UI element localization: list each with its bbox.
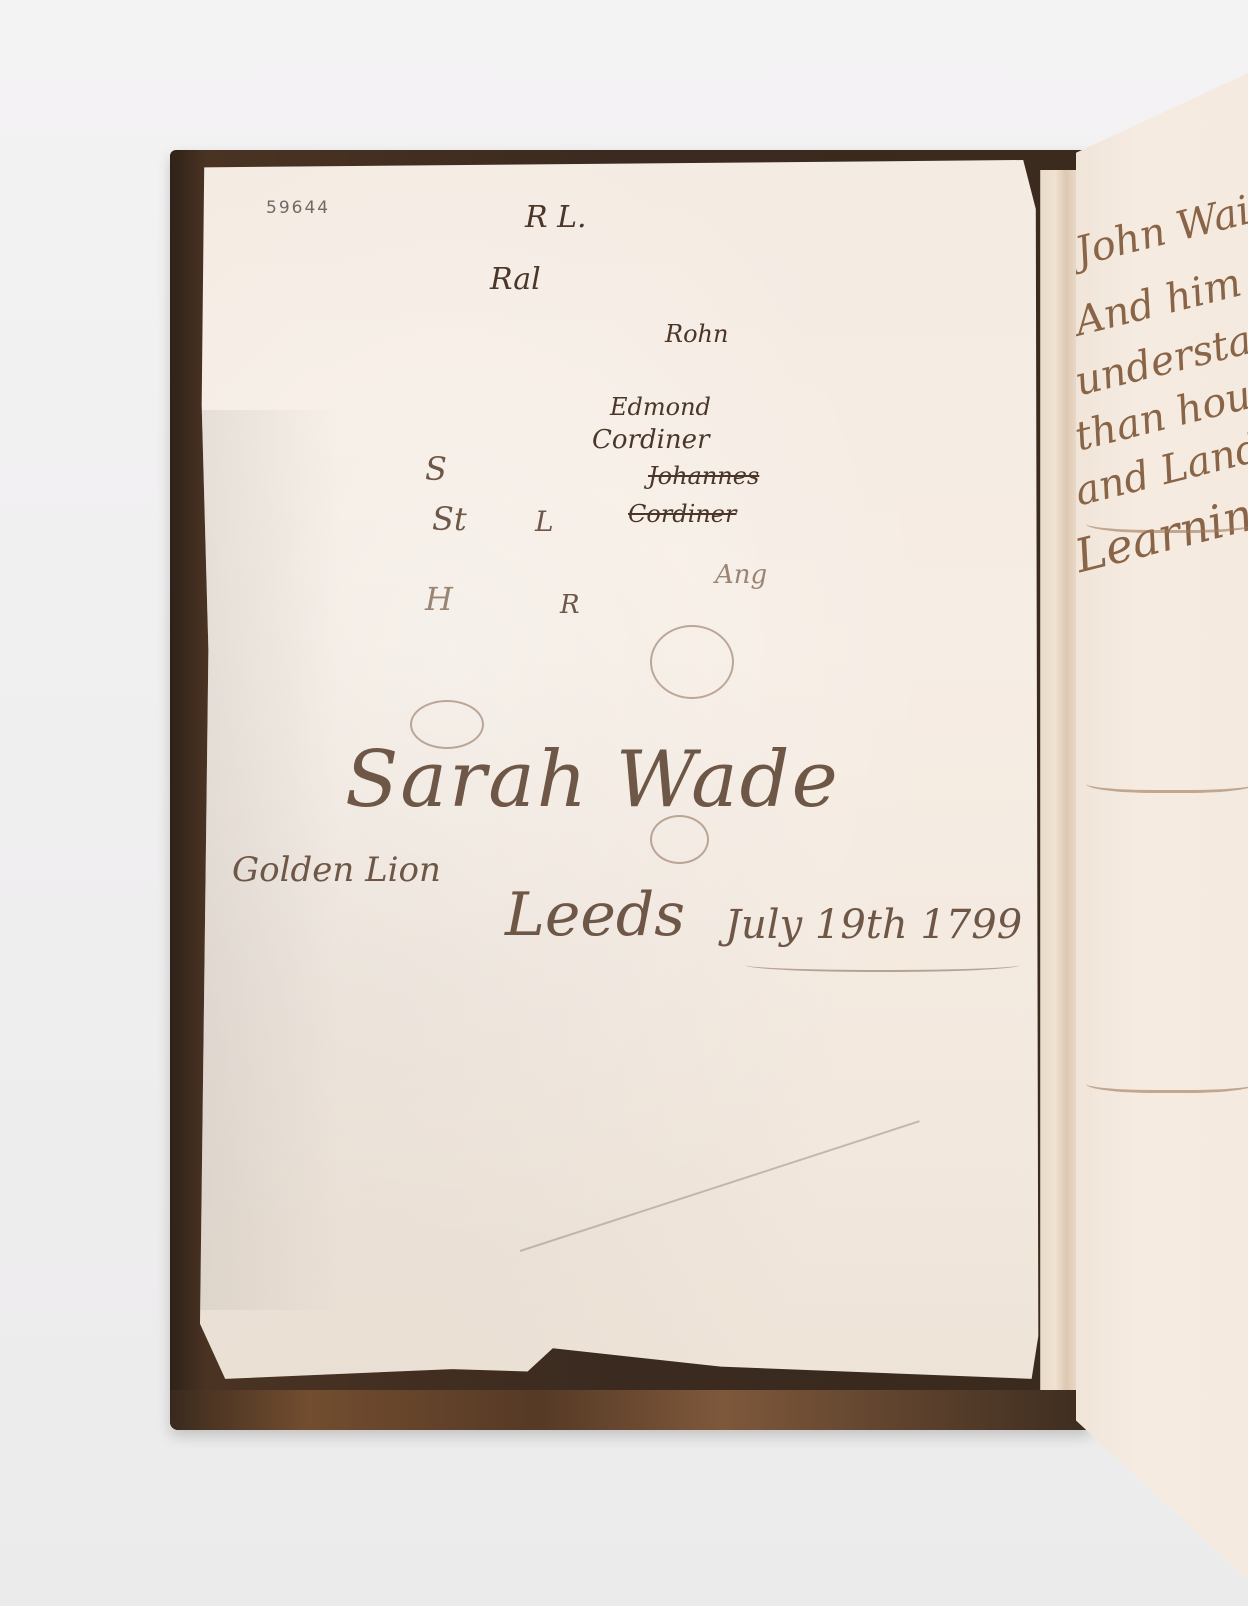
practice-letter-1: S [425,450,447,488]
place-leeds: Leeds [505,880,685,950]
book-gutter-hinge [1040,170,1078,1390]
signature-sarah-wade: Sarah Wade [345,735,840,825]
facing-line-1: John Waid [1070,181,1248,275]
practice-word-3: Johannes [648,462,759,490]
practice-letter-4: H [425,580,453,618]
ink-flourish-line [1086,1070,1248,1093]
practice-word-4: Cordiner [628,500,736,528]
practice-mark-2: Ral [490,262,541,297]
practice-mark-3: Rohn [665,320,728,348]
pencil-catalogue-number: 59644 [266,198,330,218]
facing-manuscript-page: John Waid And him to understand than hou… [1076,60,1248,1606]
ink-flourish [650,625,734,699]
practice-word-5: Ang [715,560,767,590]
practice-letter-2: St [432,500,467,538]
date-underline-flourish [745,958,1020,972]
note-golden-lion: Golden Lion [232,850,441,890]
paper-tear [520,1120,920,1252]
practice-letter-5: R [560,590,580,620]
practice-letter-3: L [535,505,554,538]
ink-flourish-line [1086,770,1248,793]
practice-word-1: Edmond [610,393,711,421]
practice-mark-1: R L. [525,200,587,235]
practice-word-2: Cordiner [592,425,710,455]
ink-flourish-line [1086,510,1248,533]
date-july-1799: July 19th 1799 [725,902,1022,948]
